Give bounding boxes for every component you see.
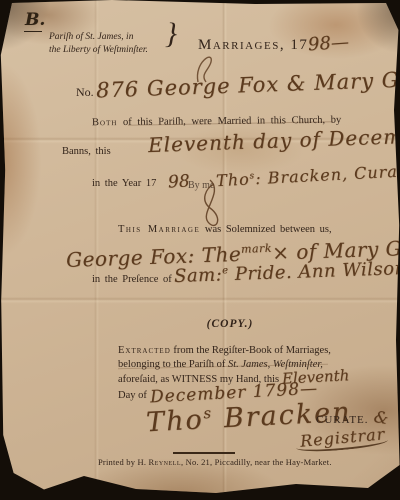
imprint-printer-name: Reynell [149, 457, 182, 467]
married-line1-caps: Both [92, 117, 118, 128]
archive-mark: B. [25, 10, 45, 30]
printer-imprint: Printed by H. Reynell, No. 21, Piccadill… [98, 457, 332, 467]
presence-printed: in the Preſence of [92, 274, 172, 285]
extract-paragraph: Extracted from the Regiſter-Book of Marr… [118, 344, 386, 402]
archive-mark-underline [24, 31, 42, 32]
scan-backdrop: B. } Pariſh of St. James, in the Liberty… [0, 0, 400, 500]
extract-line1-rest: from the Regiſter-Book of Marriages, [171, 345, 331, 356]
year-manuscript: 98 [167, 171, 190, 192]
parish-line1: Pariſh of St. James, in [49, 31, 165, 44]
solemnized-rest: was Solemnized between us, [200, 224, 331, 235]
solemnized-line: This Marriage was Solemnized between us, [118, 224, 332, 235]
imprint-b: , No. 21, Piccadilly, near the Hay-Marke… [181, 457, 332, 467]
brace-glyph: } [165, 27, 177, 40]
certificate-paper: B. } Pariſh of St. James, in the Liberty… [0, 0, 400, 500]
imprint-a: Printed by H. [98, 457, 149, 467]
curate-printed-label: CURATE. [316, 414, 369, 426]
parish-line2: the Liberty of Weſtminſter. [49, 44, 165, 57]
imprint-rule [173, 452, 235, 454]
ink-flourish-icon [192, 50, 222, 84]
signature-ms-a: Tho [145, 404, 204, 438]
parish-header: } Pariſh of St. James, in the Liberty of… [49, 31, 165, 57]
mark-cross: × [272, 240, 290, 265]
banns-printed: Banns, this [62, 146, 111, 157]
curate-ms-b: : Bracken, Curate [255, 161, 400, 188]
banns-date-manuscript: Eleventh day of December [148, 123, 400, 157]
extract-line4-printed: Day of [118, 390, 147, 401]
solemnized-caps: This Marriage [118, 224, 200, 235]
extract-line1: Extracted from the Regiſter-Book of Marr… [118, 344, 386, 358]
mark-word-sup: mark [241, 242, 272, 256]
year-printed: in the Year 17 [92, 178, 156, 189]
extract-caps: Extracted [118, 345, 171, 356]
entry-names-manuscript: 876 George Fox & Mary George [96, 66, 400, 103]
title-year-manuscript: 98— [308, 32, 350, 56]
copy-label: (COPY.) [120, 318, 340, 330]
witness-ms-a: Sam: [174, 264, 223, 287]
entry-number-label: No. [76, 85, 94, 100]
curate-manuscript: Thos: Bracken, Curate [216, 161, 400, 190]
